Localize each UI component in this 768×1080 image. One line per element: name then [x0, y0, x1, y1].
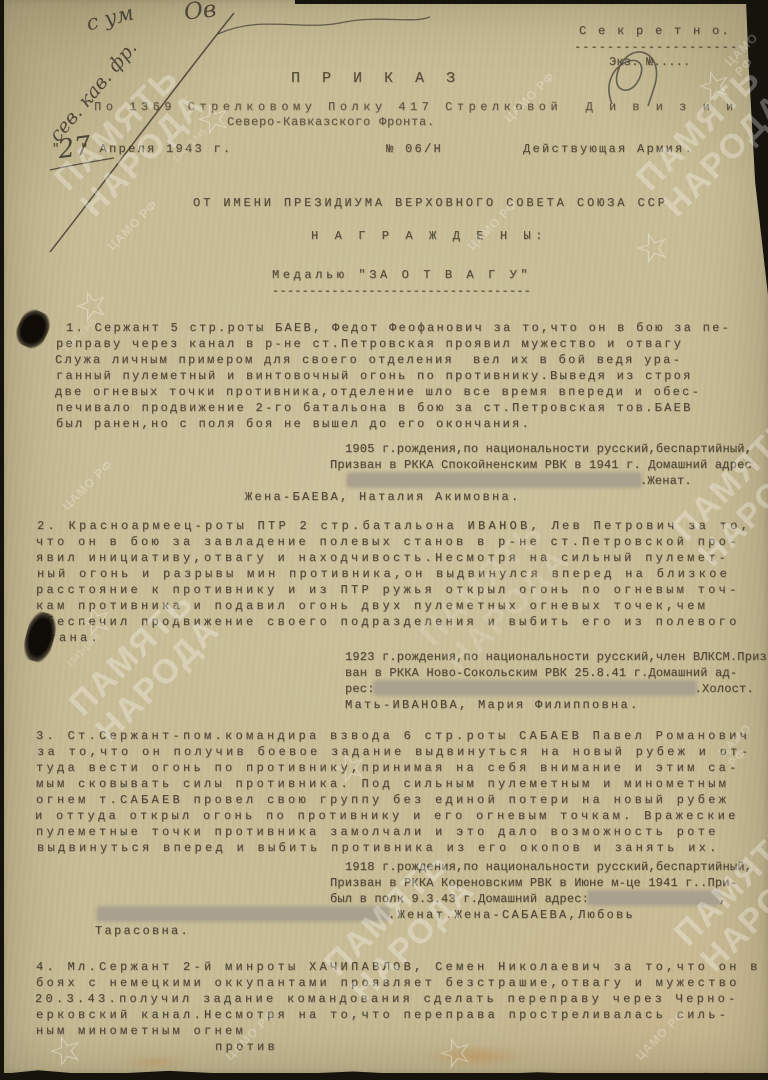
text-line: Призван в РККА Кореновским РВК в Июне м-… [330, 875, 768, 891]
scan-edge-top [295, 0, 768, 4]
text-line: Служа личным примером для своего отделен… [55, 352, 768, 368]
soldier-3-details: 1918 г.рождения,по национальности русски… [0, 859, 768, 939]
medal-heading: Медалью "ЗА О Т В А Г У" [272, 268, 531, 282]
text-line: 1923 г.рождения,по национальности русски… [345, 649, 768, 665]
medal-underline: ----------------------------------- [272, 284, 531, 298]
unit-line-1: По 1369 Стрелковому Полку 417 Стрелковой… [94, 100, 738, 114]
text-line: обеспечил продвижение своего подразделен… [36, 614, 768, 630]
text-line: был в полк 9.3.43 г.Домашний адрес:, [330, 891, 768, 907]
paragraph-2: 2. Красноармеец-роты ПТР 2 стр.батальона… [0, 518, 768, 646]
text-line: и оттуда открыл огонь по противнику и ег… [35, 808, 768, 824]
text-line: рес:.Холост. [345, 681, 768, 697]
redacted-text [98, 908, 388, 920]
text-line: 3. Ст.Сержант-пом.командира взвода 6 стр… [36, 728, 768, 744]
text-line: 1905 г.рождения,по национальности русски… [345, 441, 768, 457]
text-line: ный огонь и разрывы мин противника,он вы… [37, 566, 768, 582]
text-line: выдвинуться вперед и выбить противника и… [37, 840, 768, 856]
paragraph-1: 1. Сержант 5 стр.роты БАЕВ, Федот Феофан… [0, 320, 768, 432]
text-line: пулеметные точки противника замолчали и … [36, 824, 768, 840]
text-line: Мать-ИВАНОВА, Мария Филипповна. [345, 697, 768, 713]
paragraph-3: 3. Ст.Сержант-пом.командира взвода 6 стр… [0, 728, 768, 856]
text-line: 1. Сержант 5 стр.роты БАЕВ, Федот Феофан… [66, 320, 768, 336]
text-line: 4. Мл.Сержант 2-й минроты ХАЧИПАВЛОВ, Се… [36, 959, 768, 975]
text-line: ван в РККА Ново-Сокольским РВК 25.8.41 г… [345, 665, 768, 681]
soldier-1-details: 1905 г.рождения,по национальности русски… [0, 441, 768, 505]
text-line: .Женат. [348, 473, 768, 489]
order-number: № 06/Н [386, 142, 443, 156]
text-line: Жена-БАЕВА, Наталия Акимовна. [245, 489, 768, 505]
text-line: ным минометным огнем [36, 1023, 768, 1039]
text-line: стана. [38, 630, 768, 646]
text-line: 2. Красноармеец-роты ПТР 2 стр.батальона… [37, 518, 768, 534]
text-line: боях с немецкими оккупантами проявляет б… [36, 975, 768, 991]
text-line: 1918 г.рождения,по национальности русски… [345, 859, 768, 875]
secret-underline: -------------------- [574, 40, 738, 54]
text-line: расстояние к противнику и из ПТР ружья о… [36, 582, 768, 598]
army-label: Действующая Армия. [523, 142, 694, 156]
text-line: кам противника и подавил огонь двух пуле… [36, 598, 768, 614]
text-line: 20.3.43.получил задание командования сде… [35, 991, 768, 1007]
scan-edge-left [0, 0, 4, 1080]
text-line: огнем т.САБАЕВ провел свою группу без ед… [36, 792, 768, 808]
soldier-2-details: 1923 г.рождения,по национальности русски… [0, 649, 768, 713]
text-line: явил инициативу,отвагу и находчивость.Не… [36, 550, 768, 566]
handwritten-note-2: Ов [183, 0, 218, 26]
secret-stamp: С е к р е т н о. [579, 24, 731, 38]
text-line: две огневых точки противника,отделение ш… [55, 384, 768, 400]
text-line: Тарасовна. [95, 923, 768, 939]
copy-number: Экз. №..... [609, 55, 690, 69]
text-line: за то,что он получив боевое задание выдв… [37, 744, 768, 760]
paragraph-4: 4. Мл.Сержант 2-й минроты ХАЧИПАВЛОВ, Се… [0, 959, 768, 1055]
decree-preamble: ОТ ИМЕНИ ПРЕЗИДИУМА ВЕРХОВНОГО СОВЕТА СО… [193, 196, 668, 210]
awarded-heading: Н А Г Р А Ж Д Е Н Ы: [311, 229, 547, 243]
handwritten-date-day: 27 [56, 131, 93, 165]
text-line: печивало продвижение 2-го батальона в бо… [56, 400, 768, 416]
unit-line-2: Северо-Кавказского Фронта. [227, 115, 435, 129]
text-line: ерковский канал.Несмотря на то,что переп… [36, 1007, 768, 1023]
text-line: туда вести огонь по противнику,принимая … [36, 760, 768, 776]
document-scan: С е к р е т н о. -------------------- Эк… [0, 0, 768, 1080]
text-line: против [215, 1039, 768, 1055]
text-line: мым сковывать силы противника. Под сильн… [36, 776, 768, 792]
text-line: .Женат.Жена-САБАЕВА,Любовь [98, 907, 768, 923]
text-line: был ранен,но с поля боя не вышел до его … [56, 416, 768, 432]
text-line: реправу через канал в р-не ст.Петровская… [56, 336, 768, 352]
order-title: П Р И К А З [291, 70, 462, 87]
text-line: ганный пулеметный и винтовочный огонь по… [56, 368, 768, 384]
text-line: что он в бою за завладение полевых стано… [36, 534, 768, 550]
redacted-text [589, 892, 719, 904]
text-line: Призван в РККА Спокойненским РВК в 1941 … [330, 457, 768, 473]
redacted-text [348, 474, 640, 486]
redacted-text [375, 682, 695, 694]
